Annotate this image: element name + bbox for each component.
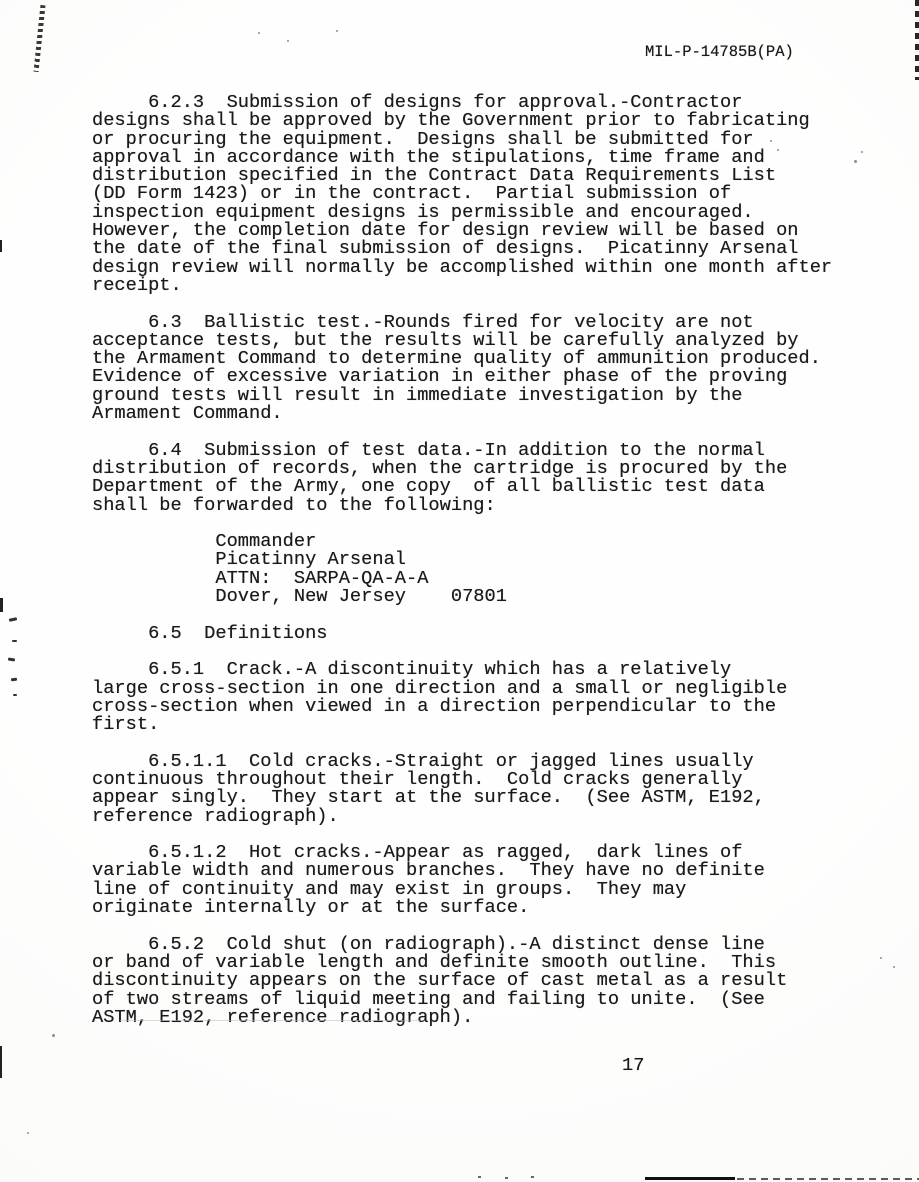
document-id-header: MIL-P-14785B(PA) — [645, 43, 794, 61]
scan-speck — [27, 1132, 29, 1134]
para-6-3: 6.3 Ballistic test.-Rounds fired for vel… — [92, 313, 832, 423]
scan-speck — [531, 1176, 534, 1178]
text-line: shall be forwarded to the following: — [92, 496, 832, 514]
address-block: Commander Picatinny Arsenal ATTN: SARPA-… — [92, 532, 832, 605]
heading-6-5: 6.5 Definitions — [92, 624, 832, 642]
text-line: first. — [92, 715, 832, 733]
scan-speck — [854, 160, 857, 163]
para-6-4: 6.4 Submission of test data.-In addition… — [92, 441, 832, 514]
binder-edge-mark — [915, 0, 919, 80]
scan-speck — [505, 1177, 508, 1179]
text-line: cross-section when viewed in a direction… — [92, 697, 832, 715]
text-line: the date of the final submission of desi… — [92, 239, 832, 257]
text-line: appear singly. They start at the surface… — [92, 788, 832, 806]
text-line: design review will normally be accomplis… — [92, 258, 832, 276]
scan-speck — [893, 966, 895, 968]
text-line: Armament Command. — [92, 404, 832, 422]
text-line: designs shall be approved by the Governm… — [92, 111, 832, 129]
para-6-5-1-1: 6.5.1.1 Cold cracks.-Straight or jagged … — [92, 752, 832, 825]
scan-speck — [478, 1176, 481, 1178]
text-line: Dover, New Jersey 07801 — [92, 587, 832, 605]
scanned-document-page: MIL-P-14785B(PA) 6.2.3 Submission of des… — [0, 0, 919, 1182]
para-6-5-1: 6.5.1 Crack.-A discontinuity which has a… — [92, 660, 832, 733]
text-line: Evidence of excessive variation in eithe… — [92, 367, 832, 385]
text-line: 6.5 Definitions — [92, 624, 832, 642]
scan-bottom-edge-line — [737, 1178, 919, 1180]
para-6-5-2: 6.5.2 Cold shut (on radiograph).-A disti… — [92, 935, 832, 1026]
text-line: receipt. — [92, 276, 832, 294]
scan-speck — [258, 32, 260, 34]
para-6-2-3: 6.2.3 Submission of designs for approval… — [92, 93, 832, 294]
handwritten-margin-smudge — [34, 5, 46, 72]
text-line: Department of the Army, one copy of all … — [92, 477, 832, 495]
scan-edge-tick — [0, 1046, 2, 1078]
scan-bottom-edge-line — [645, 1177, 735, 1180]
text-line: ASTM, E192, reference radiograph). — [92, 1008, 832, 1026]
scan-speck — [336, 30, 338, 32]
document-body: 6.2.3 Submission of designs for approval… — [0, 93, 832, 1026]
scan-speck — [287, 40, 289, 42]
para-6-5-1-2: 6.5.1.2 Hot cracks.-Appear as ragged, da… — [92, 843, 832, 916]
scan-speck — [880, 957, 882, 959]
text-line: 6.5.1 Crack.-A discontinuity which has a… — [92, 660, 832, 678]
text-line: originate internally or at the surface. — [92, 898, 832, 916]
scan-speck — [861, 151, 863, 153]
text-line: reference radiograph). — [92, 807, 832, 825]
scan-speck — [52, 1034, 55, 1037]
text-line: discontinuity appears on the surface of … — [92, 971, 832, 989]
page-number: 17 — [622, 1054, 644, 1076]
text-line: Picatinny Arsenal — [92, 550, 832, 568]
